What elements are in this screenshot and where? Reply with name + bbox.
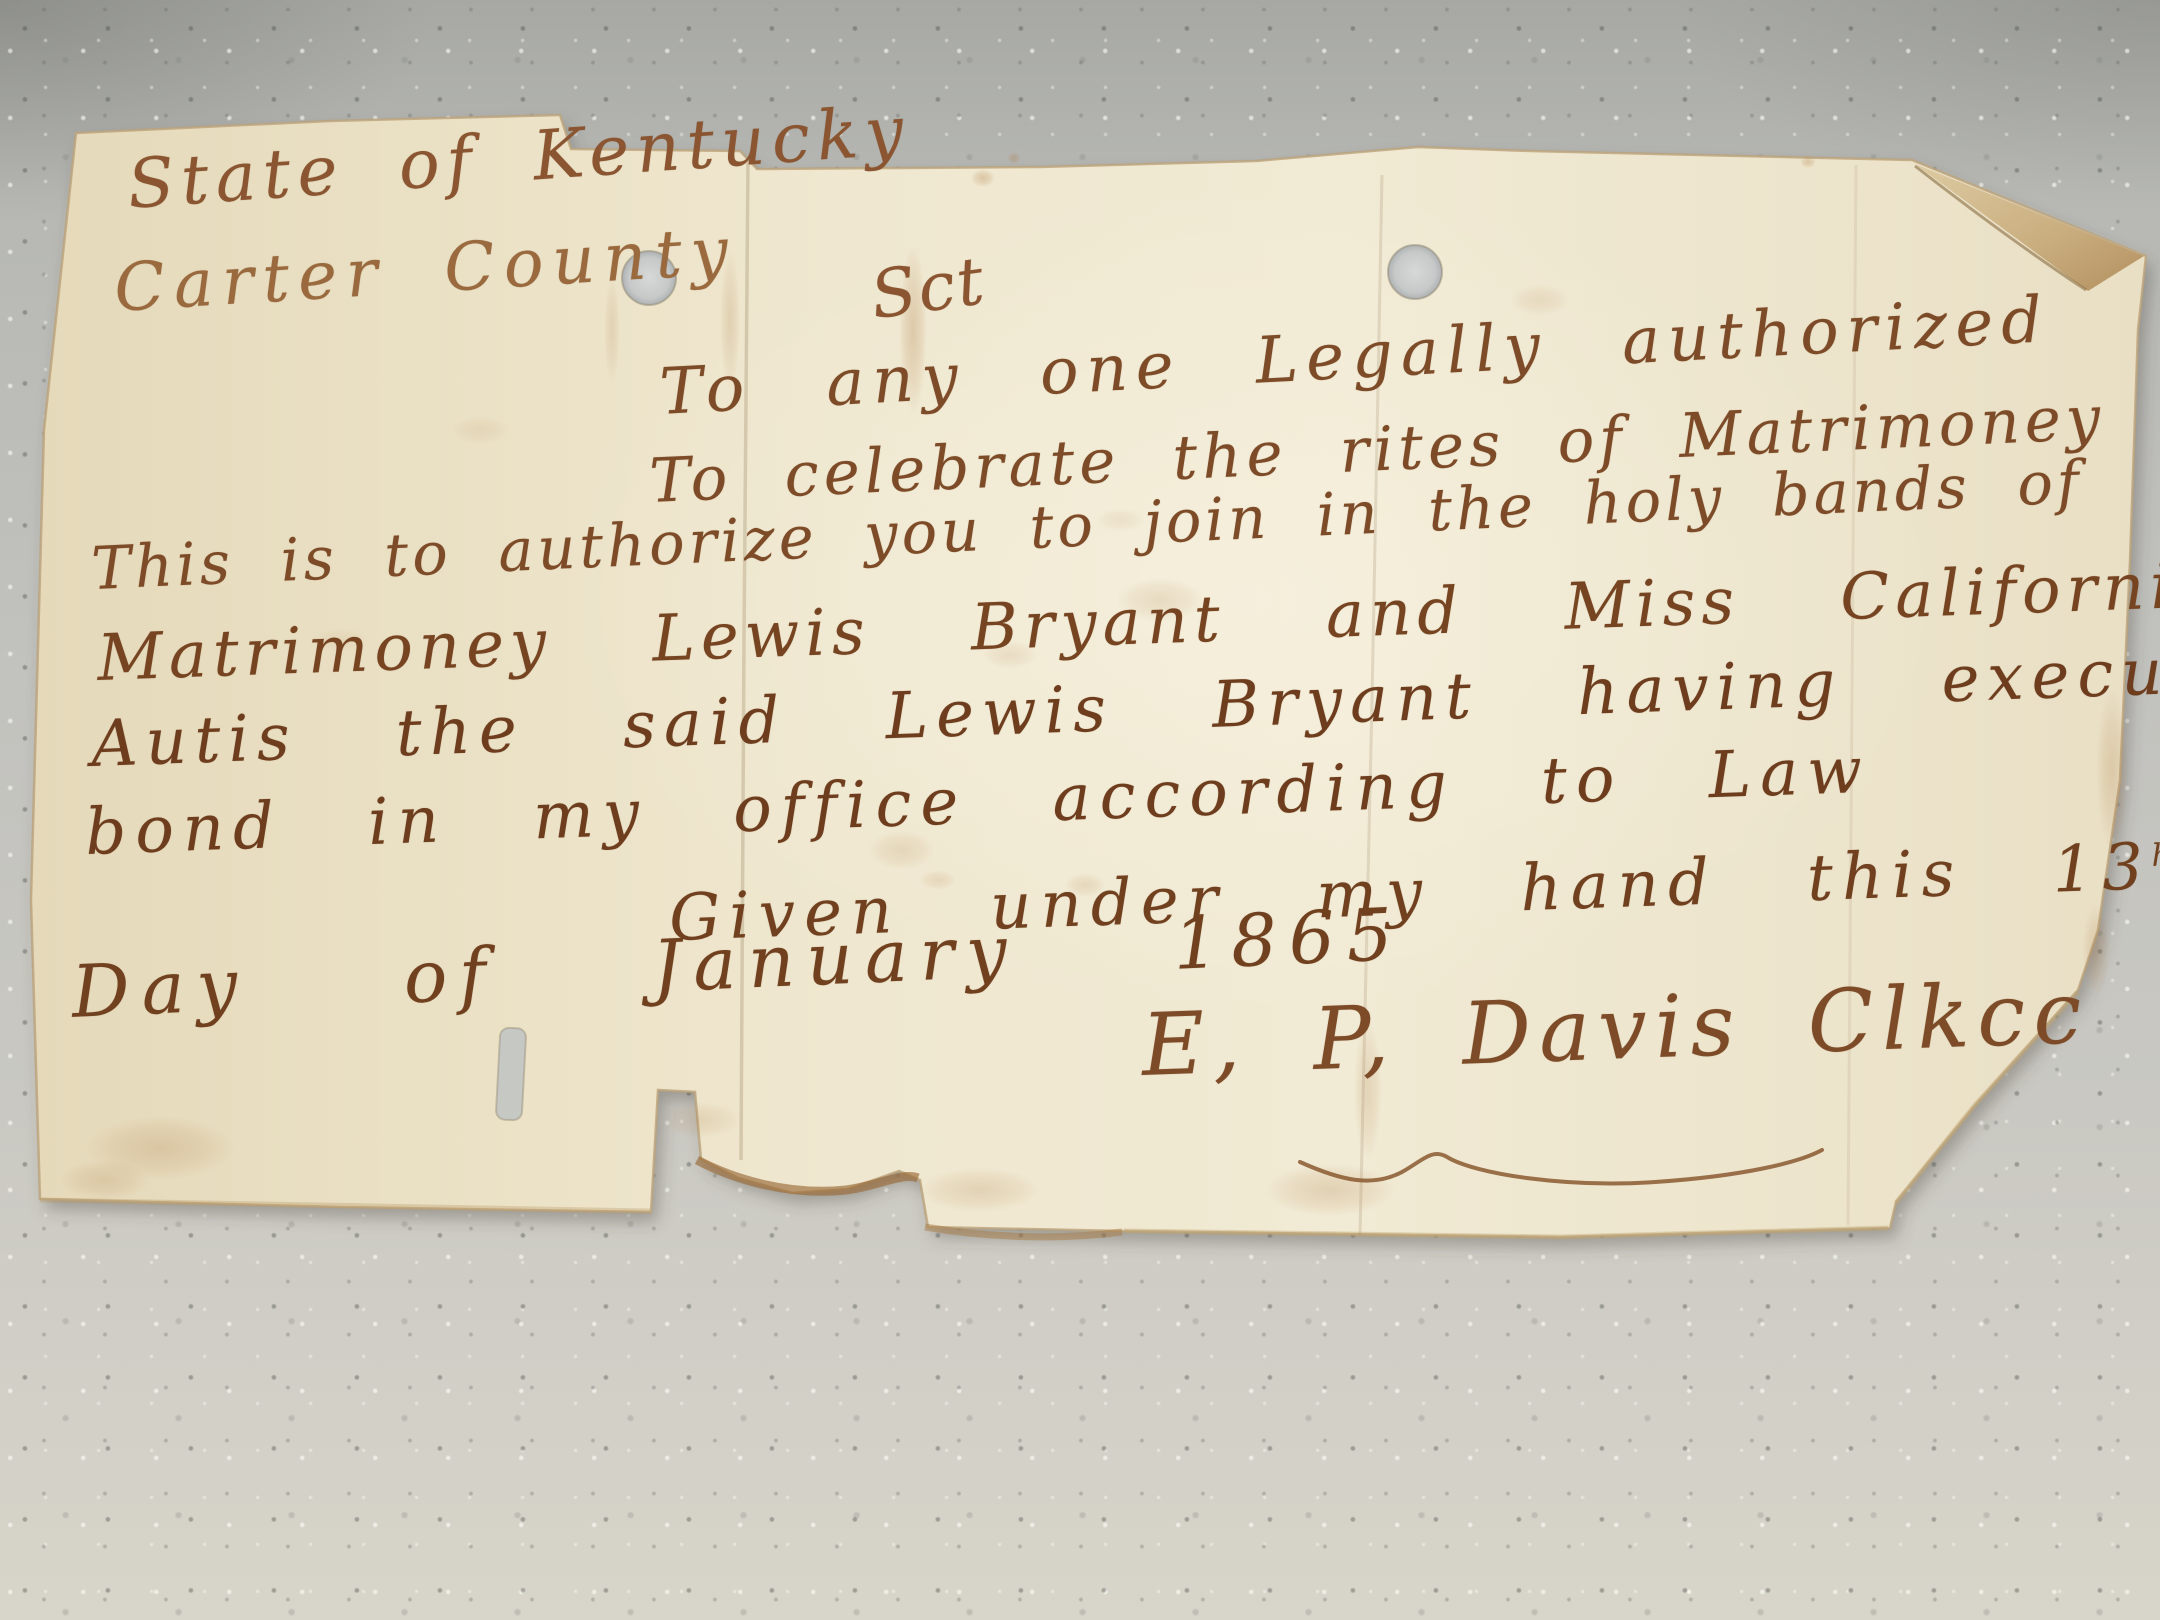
line-sct: Sct: [866, 242, 990, 334]
line-state-of-kentucky: State of Kentucky: [125, 91, 913, 225]
clerk-signature: E, P, Davis Clkcc: [1140, 963, 2091, 1096]
document-text: State of Kentucky Carter County Sct To a…: [0, 0, 2160, 1620]
ordinal-suffix: h: [2151, 837, 2160, 874]
photo-of-document: State of Kentucky Carter County Sct To a…: [0, 0, 2160, 1620]
line-carter-county: Carter County: [112, 212, 739, 327]
